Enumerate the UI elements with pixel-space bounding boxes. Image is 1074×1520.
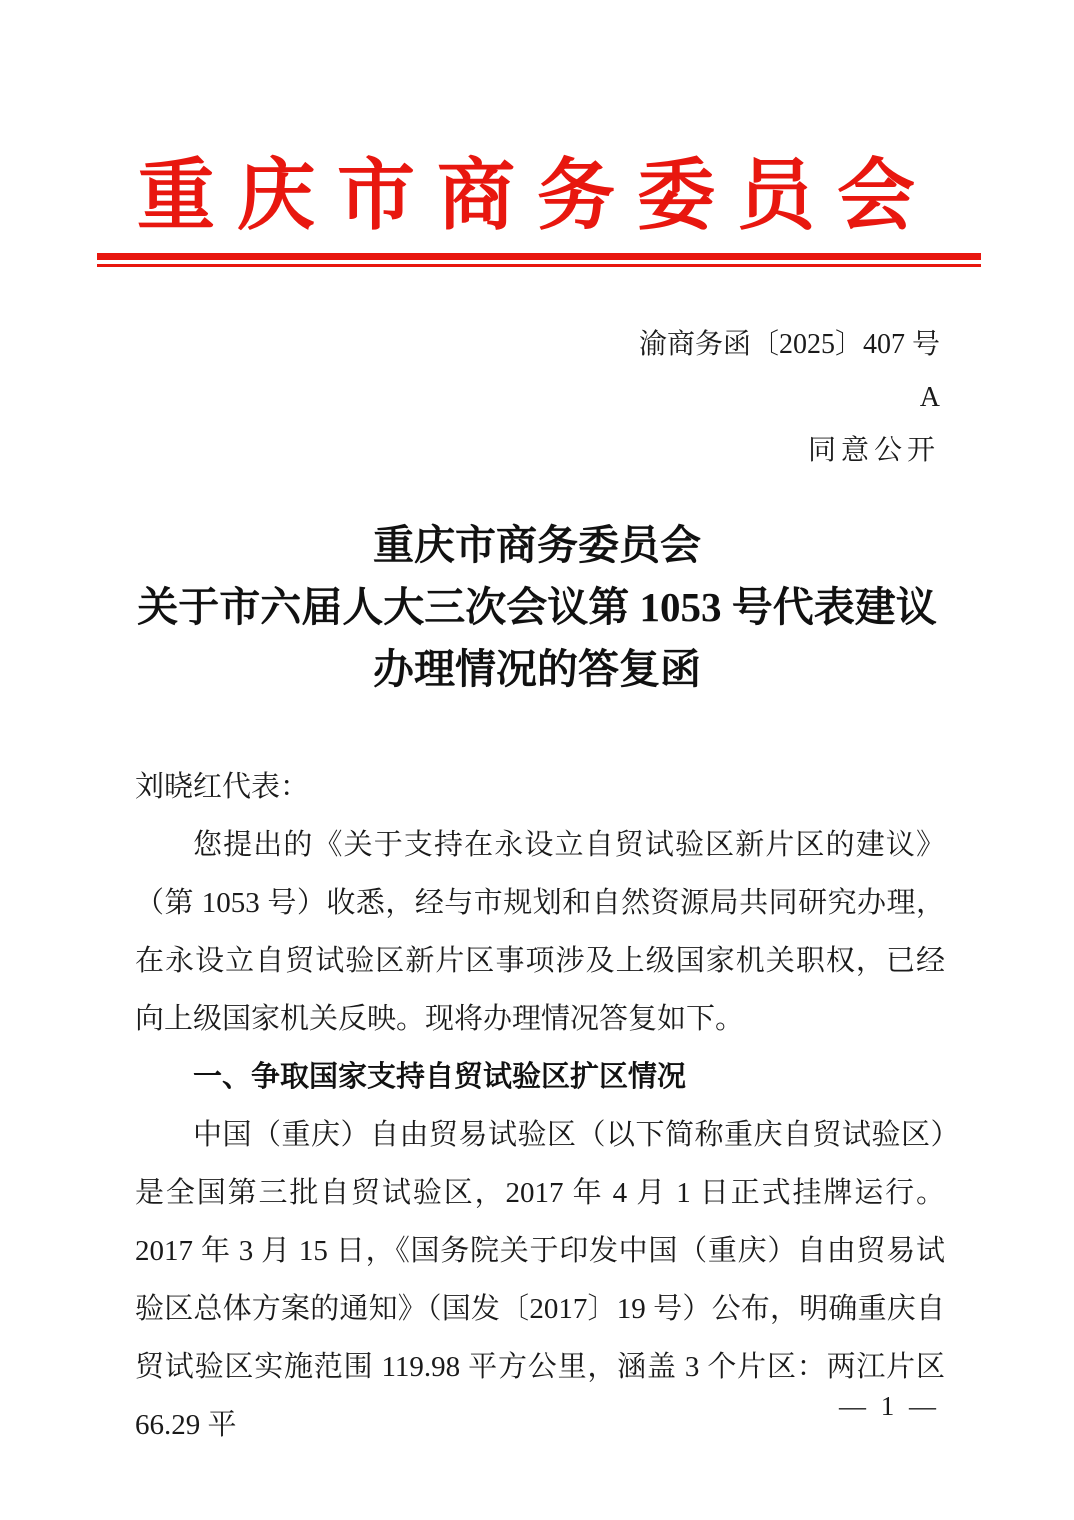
publicity-note: 同意公开 (639, 424, 940, 477)
page-number: — 1 — (829, 1390, 940, 1422)
salutation: 刘晓红代表： (135, 758, 945, 816)
document-body: 刘晓红代表： 您提出的《关于支持在永设立自贸试验区新片区的建议》（第 1053 … (135, 758, 945, 1454)
section-heading-1: 一、争取国家支持自贸试验区扩区情况 (135, 1048, 945, 1106)
reply-grade-mark: A (639, 371, 940, 424)
document-number: 渝商务函〔2025〕407 号 (639, 318, 940, 371)
letterhead-divider-thin-line (97, 264, 981, 267)
document-page: 重庆市商务委员会 渝商务函〔2025〕407 号 A 同意公开 重庆市商务委员会… (0, 0, 1074, 1520)
letterhead-divider (97, 253, 981, 267)
document-title-line3: 办理情况的答复函 (0, 638, 1074, 700)
body-paragraph-1: 您提出的《关于支持在永设立自贸试验区新片区的建议》（第 1053 号）收悉，经与… (135, 816, 945, 1048)
document-meta-block: 渝商务函〔2025〕407 号 A 同意公开 (639, 318, 940, 477)
document-title-line2: 关于市六届人大三次会议第 1053 号代表建议 (0, 576, 1074, 638)
letterhead-agency-title: 重庆市商务委员会 (0, 146, 1074, 246)
document-title: 重庆市商务委员会 关于市六届人大三次会议第 1053 号代表建议 办理情况的答复… (0, 514, 1074, 700)
letterhead-divider-thick-line (97, 253, 981, 260)
document-title-line1: 重庆市商务委员会 (0, 514, 1074, 576)
body-paragraph-2: 中国（重庆）自由贸易试验区（以下简称重庆自贸试验区）是全国第三批自贸试验区，20… (135, 1106, 945, 1454)
